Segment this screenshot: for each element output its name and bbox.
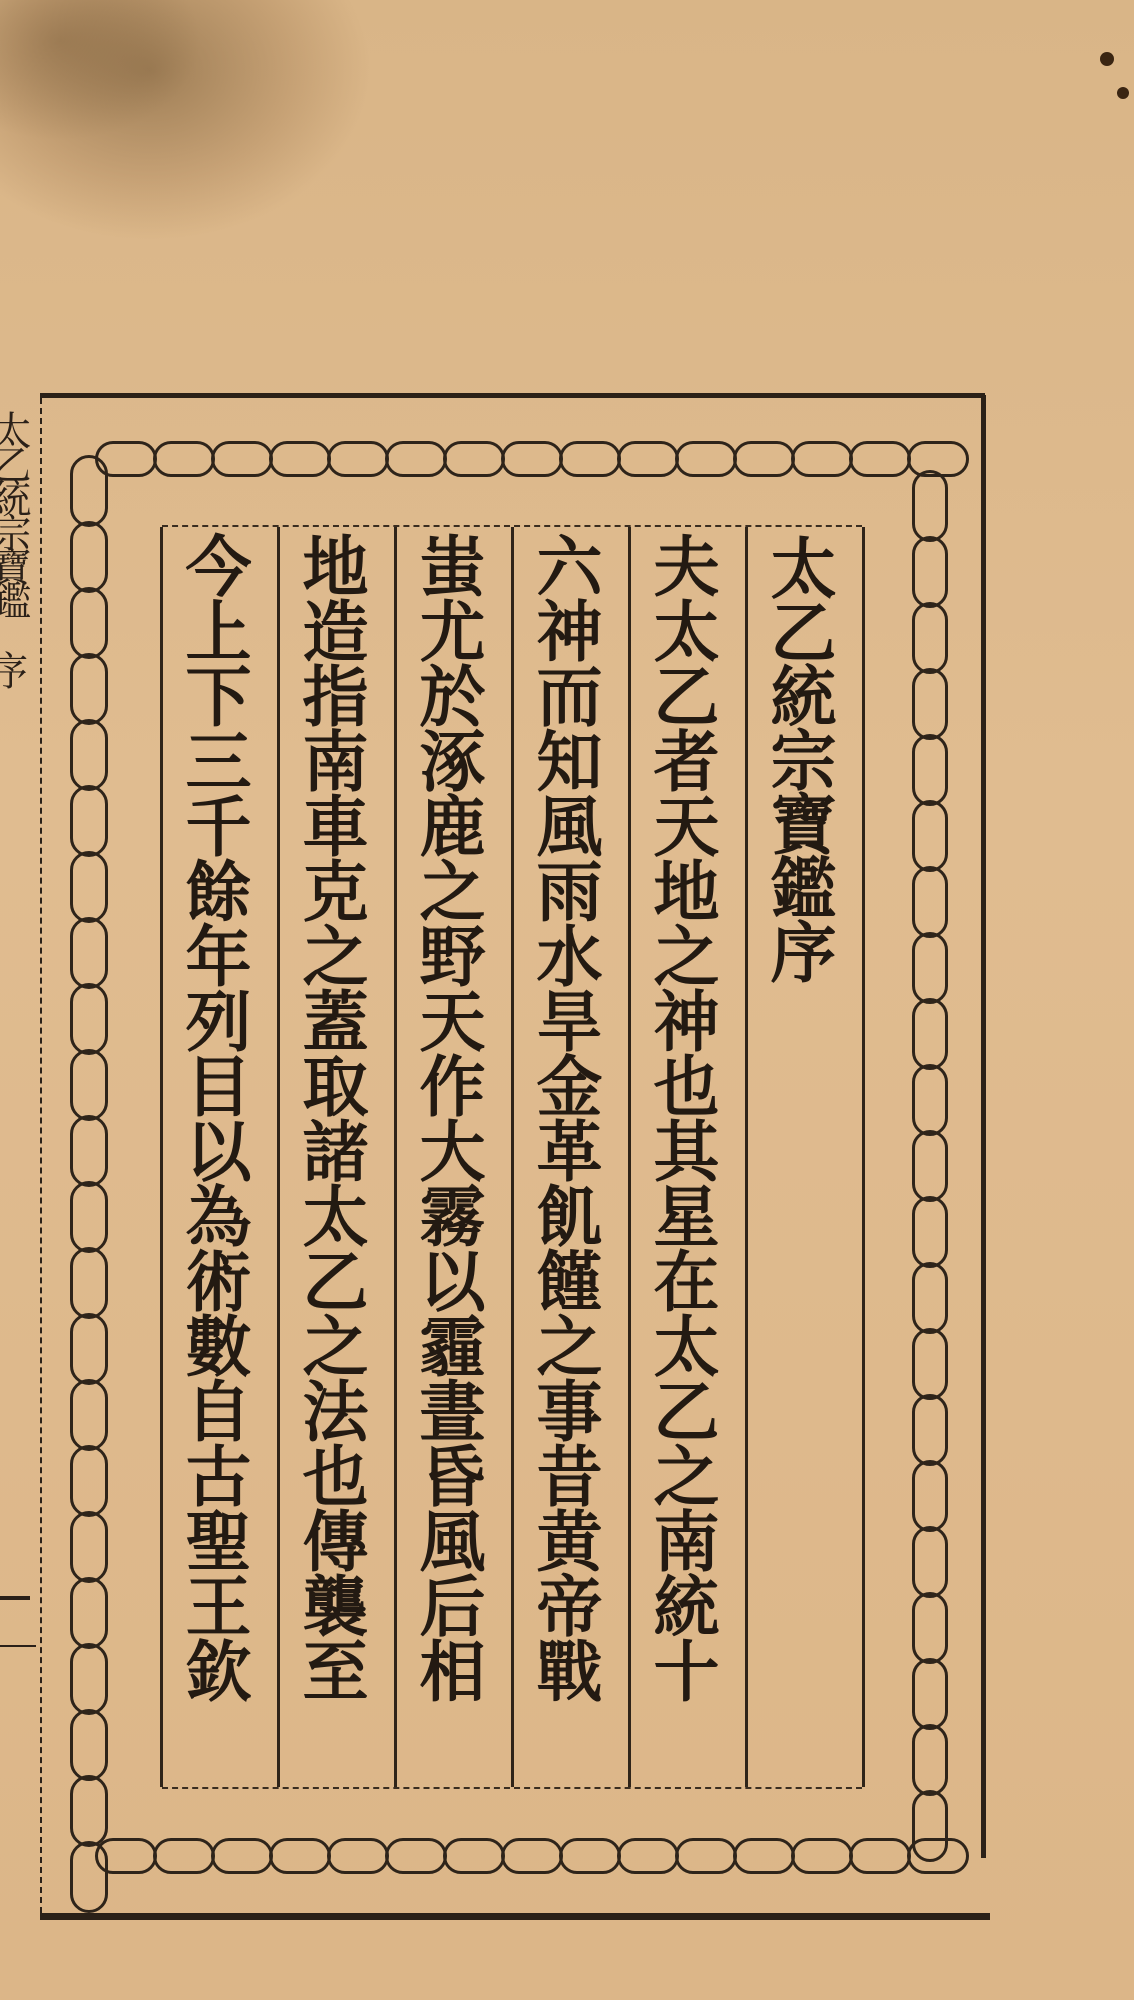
character: 傳 bbox=[277, 1510, 394, 1575]
column-rule bbox=[628, 527, 631, 1787]
chain-link bbox=[912, 1196, 948, 1268]
column-rule bbox=[511, 527, 514, 1787]
character: 目 bbox=[160, 1055, 277, 1120]
block-label-title: 太乙統宗寶鑑 bbox=[0, 410, 30, 614]
frame-right-rule bbox=[981, 395, 986, 1858]
character: 飢 bbox=[511, 1185, 628, 1250]
text-column: 今上下三千餘年列目以為術數自古聖王欽 今上下三千餘年列目以為術數自古聖王欽 bbox=[160, 527, 277, 1795]
chain-link bbox=[70, 587, 108, 659]
character: 蓋 bbox=[277, 990, 394, 1055]
character: 地 bbox=[277, 535, 394, 600]
character: 至 bbox=[277, 1640, 394, 1705]
character: 也 bbox=[277, 1445, 394, 1510]
character: 造 bbox=[277, 600, 394, 665]
character: 統 bbox=[628, 1575, 745, 1640]
chain-link bbox=[501, 441, 563, 477]
character: 年 bbox=[160, 925, 277, 990]
character: 涿 bbox=[394, 730, 511, 795]
character: 餘 bbox=[160, 860, 277, 925]
character: 三 bbox=[160, 730, 277, 795]
chain-link bbox=[70, 1841, 108, 1913]
chain-link bbox=[912, 1724, 948, 1796]
chain-link bbox=[617, 441, 679, 477]
chain-link bbox=[912, 1064, 948, 1136]
chain-link bbox=[912, 932, 948, 1004]
chain-link bbox=[912, 1262, 948, 1334]
chain-link bbox=[912, 866, 948, 938]
character: 金 bbox=[511, 1055, 628, 1120]
column-rule bbox=[394, 527, 397, 1787]
character: 鑑 bbox=[745, 857, 862, 921]
block-label-section: 序 bbox=[0, 650, 28, 694]
character: 王 bbox=[160, 1575, 277, 1640]
chain-link bbox=[70, 1313, 108, 1385]
character: 雨 bbox=[511, 860, 628, 925]
character: 天 bbox=[628, 795, 745, 860]
chain-link bbox=[912, 800, 948, 872]
character: 太 bbox=[628, 1315, 745, 1380]
chain-link bbox=[70, 719, 108, 791]
character: 之 bbox=[628, 925, 745, 990]
chain-link bbox=[912, 1592, 948, 1664]
chain-link bbox=[269, 1838, 331, 1874]
character: 法 bbox=[277, 1380, 394, 1445]
character: 為 bbox=[160, 1185, 277, 1250]
text-column: 蚩尤於涿鹿之野天作大霧以霾晝昏風后相 蚩尤於涿鹿之野天作大霧以霾晝昏風后相 bbox=[394, 527, 511, 1795]
character: 乙 bbox=[277, 1250, 394, 1315]
character: 以 bbox=[394, 1250, 511, 1315]
character: 寶 bbox=[745, 793, 862, 857]
chain-link bbox=[675, 441, 737, 477]
character: 星 bbox=[628, 1185, 745, 1250]
chain-link bbox=[912, 602, 948, 674]
title-column: 太乙統宗寶鑑序 太乙統宗寶鑑序 bbox=[745, 527, 862, 1797]
chain-link bbox=[733, 441, 795, 477]
chain-link bbox=[675, 1838, 737, 1874]
character: 旱 bbox=[511, 990, 628, 1055]
text-column: 夫太乙者天地之神也其星在太乙之南統十 夫太乙者天地之神也其星在太乙之南統十 bbox=[628, 527, 745, 1795]
chain-link bbox=[559, 441, 621, 477]
chain-link bbox=[70, 1775, 108, 1847]
chain-link bbox=[70, 1445, 108, 1517]
chain-link bbox=[912, 1328, 948, 1400]
character: 后 bbox=[394, 1575, 511, 1640]
character: 之 bbox=[628, 1445, 745, 1510]
chain-link bbox=[912, 1658, 948, 1730]
chain-link bbox=[912, 1394, 948, 1466]
chain-link bbox=[153, 441, 215, 477]
chain-link bbox=[912, 1130, 948, 1202]
chain-link bbox=[70, 1577, 108, 1649]
chain-link bbox=[327, 441, 389, 477]
character: 欽 bbox=[160, 1640, 277, 1705]
chain-link bbox=[70, 1643, 108, 1715]
character: 車 bbox=[277, 795, 394, 860]
character: 戰 bbox=[511, 1640, 628, 1705]
character: 之 bbox=[277, 925, 394, 990]
character: 乙 bbox=[628, 1380, 745, 1445]
column-rule bbox=[862, 527, 865, 1787]
character: 序 bbox=[745, 921, 862, 985]
character: 今 bbox=[160, 535, 277, 600]
character: 而 bbox=[511, 665, 628, 730]
chain-link bbox=[70, 653, 108, 725]
character: 聖 bbox=[160, 1510, 277, 1575]
character: 黄 bbox=[511, 1510, 628, 1575]
chain-link bbox=[70, 1049, 108, 1121]
character: 十 bbox=[628, 1640, 745, 1705]
chain-link bbox=[70, 1181, 108, 1253]
character: 者 bbox=[628, 730, 745, 795]
chain-link bbox=[153, 1838, 215, 1874]
character: 鹿 bbox=[394, 795, 511, 860]
character: 尤 bbox=[394, 600, 511, 665]
chain-link bbox=[733, 1838, 795, 1874]
chain-link bbox=[385, 441, 447, 477]
character: 昏 bbox=[394, 1445, 511, 1510]
chain-link bbox=[327, 1838, 389, 1874]
character: 天 bbox=[394, 990, 511, 1055]
character: 諸 bbox=[277, 1120, 394, 1185]
chain-link bbox=[849, 1838, 911, 1874]
character: 饉 bbox=[511, 1250, 628, 1315]
character: 南 bbox=[628, 1510, 745, 1575]
character: 克 bbox=[277, 860, 394, 925]
character: 野 bbox=[394, 925, 511, 990]
character: 自 bbox=[160, 1380, 277, 1445]
frame-left-rule bbox=[40, 398, 44, 1913]
character: 上 bbox=[160, 600, 277, 665]
character: 於 bbox=[394, 665, 511, 730]
character: 神 bbox=[628, 990, 745, 1055]
character: 以 bbox=[160, 1120, 277, 1185]
frame-top-rule bbox=[40, 393, 985, 398]
character: 之 bbox=[277, 1315, 394, 1380]
frame-bottom-rule bbox=[40, 1913, 990, 1920]
chain-link bbox=[559, 1838, 621, 1874]
chain-link bbox=[70, 851, 108, 923]
character: 指 bbox=[277, 665, 394, 730]
character: 宗 bbox=[745, 729, 862, 793]
chain-link bbox=[70, 785, 108, 857]
chain-link bbox=[211, 1838, 273, 1874]
chain-link bbox=[70, 1379, 108, 1451]
character: 乙 bbox=[745, 601, 862, 665]
chain-link bbox=[70, 455, 108, 527]
character: 取 bbox=[277, 1055, 394, 1120]
chain-link bbox=[791, 1838, 853, 1874]
character: 列 bbox=[160, 990, 277, 1055]
character: 蚩 bbox=[394, 535, 511, 600]
character: 晝 bbox=[394, 1380, 511, 1445]
chain-link bbox=[617, 1838, 679, 1874]
chain-link bbox=[849, 441, 911, 477]
character: 風 bbox=[511, 795, 628, 860]
chain-link bbox=[70, 1709, 108, 1781]
character: 水 bbox=[511, 925, 628, 990]
character: 太 bbox=[745, 537, 862, 601]
character: 神 bbox=[511, 600, 628, 665]
character: 事 bbox=[511, 1380, 628, 1445]
chain-link bbox=[912, 536, 948, 608]
character: 術 bbox=[160, 1250, 277, 1315]
chain-link bbox=[385, 1838, 447, 1874]
chain-link bbox=[70, 983, 108, 1055]
character: 太 bbox=[628, 600, 745, 665]
chain-link bbox=[70, 521, 108, 593]
character: 下 bbox=[160, 665, 277, 730]
chain-link bbox=[912, 734, 948, 806]
chain-link bbox=[912, 470, 948, 542]
character: 昔 bbox=[511, 1445, 628, 1510]
character: 地 bbox=[628, 860, 745, 925]
chain-link bbox=[70, 1511, 108, 1583]
character: 作 bbox=[394, 1055, 511, 1120]
binding-hole bbox=[1117, 87, 1129, 99]
chain-link bbox=[912, 1460, 948, 1532]
character: 統 bbox=[745, 665, 862, 729]
character: 大 bbox=[394, 1120, 511, 1185]
character: 知 bbox=[511, 730, 628, 795]
character: 帝 bbox=[511, 1575, 628, 1640]
column-rule bbox=[745, 527, 748, 1787]
character: 相 bbox=[394, 1640, 511, 1705]
block-label: 太乙統宗寶鑑 序 bbox=[0, 410, 30, 694]
character: 霾 bbox=[394, 1315, 511, 1380]
character: 六 bbox=[511, 535, 628, 600]
character: 夫 bbox=[628, 535, 745, 600]
chain-link bbox=[912, 1526, 948, 1598]
character: 千 bbox=[160, 795, 277, 860]
chain-link bbox=[70, 1247, 108, 1319]
chain-link bbox=[443, 441, 505, 477]
chain-link bbox=[211, 441, 273, 477]
character: 南 bbox=[277, 730, 394, 795]
chain-link bbox=[70, 1115, 108, 1187]
chain-link bbox=[269, 441, 331, 477]
leaf-rule bbox=[0, 1645, 36, 1647]
character: 太 bbox=[277, 1185, 394, 1250]
chain-link bbox=[443, 1838, 505, 1874]
character: 其 bbox=[628, 1120, 745, 1185]
text-column: 地造指南車克之蓋取諸太乙之法也傳襲至 地造指南車克之蓋取諸太乙之法也傳襲至 bbox=[277, 527, 394, 1795]
text-column: 六神而知風雨水旱金革飢饉之事昔黄帝戰 六神而知風雨水旱金革飢饉之事昔黄帝戰 bbox=[511, 527, 628, 1795]
character: 襲 bbox=[277, 1575, 394, 1640]
character: 乙 bbox=[628, 665, 745, 730]
character: 在 bbox=[628, 1250, 745, 1315]
text-panel: 太乙統宗寶鑑序 太乙統宗寶鑑序 夫太乙者天地之神也其星在太乙之南統十 夫太乙者天… bbox=[162, 525, 862, 1789]
chain-link bbox=[70, 917, 108, 989]
column-rule bbox=[160, 527, 163, 1787]
chain-link bbox=[501, 1838, 563, 1874]
character: 霧 bbox=[394, 1185, 511, 1250]
character: 之 bbox=[394, 860, 511, 925]
chain-link bbox=[912, 668, 948, 740]
column-rule bbox=[277, 527, 280, 1787]
character: 也 bbox=[628, 1055, 745, 1120]
chain-link bbox=[912, 1790, 948, 1862]
character: 風 bbox=[394, 1510, 511, 1575]
character: 之 bbox=[511, 1315, 628, 1380]
chain-link bbox=[791, 441, 853, 477]
character: 革 bbox=[511, 1120, 628, 1185]
character: 古 bbox=[160, 1445, 277, 1510]
binding-hole bbox=[1100, 52, 1114, 66]
leaf-number-mark bbox=[0, 1596, 30, 1600]
chain-link bbox=[912, 998, 948, 1070]
character: 數 bbox=[160, 1315, 277, 1380]
